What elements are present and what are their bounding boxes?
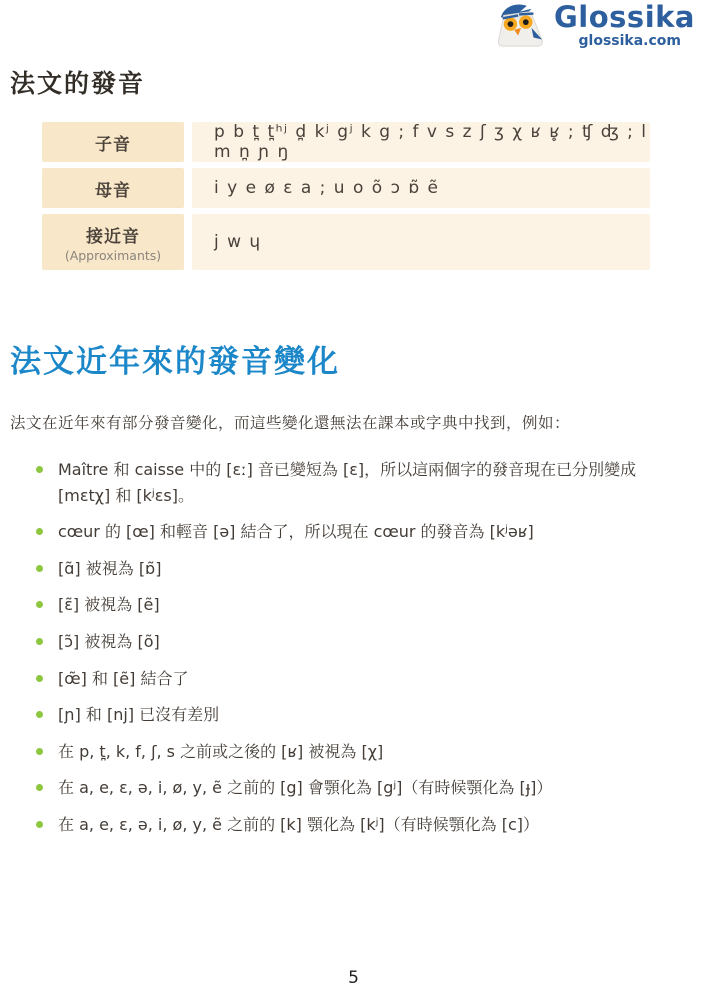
bullet-icon xyxy=(36,821,43,828)
table-row-vowels: 母音 i y e ø ɛ a ; u o õ ɔ ɒ̃ ẽ xyxy=(42,168,650,208)
bullet-icon xyxy=(36,528,43,535)
list-item-text: [ɔ̃] 被視為 [õ] xyxy=(58,632,160,651)
list-item-text: Maître 和 caisse 中的 [ɛː] 音已變短為 [ɛ]，所以這兩個字… xyxy=(58,460,636,505)
page-content: 法文的發音 子音 p b t̪ t̪ʰʲ d̪ kʲ gʲ k g ; f v … xyxy=(0,0,707,838)
bullet-icon xyxy=(36,784,43,791)
row-value: p b t̪ t̪ʰʲ d̪ kʲ gʲ k g ; f v s z ʃ ʒ χ… xyxy=(192,122,650,162)
brand-domain: glossika.com xyxy=(579,33,681,49)
bullet-icon xyxy=(36,601,43,608)
glossika-logo: Glossika glossika.com xyxy=(494,2,695,54)
list-item-text: 在 a, e, ɛ, ə, i, ø, y, ẽ 之前的 [k] 顎化為 [kʲ… xyxy=(58,815,539,834)
page-title: 法文的發音 xyxy=(10,64,677,100)
bullet-icon xyxy=(36,565,43,572)
list-item: [ɔ̃] 被視為 [õ] xyxy=(36,629,650,655)
page-number: 5 xyxy=(348,968,359,988)
row-label: 母音 xyxy=(95,176,131,201)
owl-icon xyxy=(494,2,548,54)
list-item-text: [ɛ̃] 被視為 [ẽ] xyxy=(58,595,160,614)
list-item: cœur 的 [œ] 和輕音 [ə] 結合了，所以現在 cœur 的發音為 [k… xyxy=(36,519,650,545)
section-title: 法文近年來的發音變化 xyxy=(10,336,677,381)
list-item-text: [ɲ] 和 [nj] 已沒有差別 xyxy=(58,705,219,724)
logo-text: Glossika glossika.com xyxy=(554,2,695,49)
row-value: j w ɥ xyxy=(192,214,650,270)
pronunciation-changes-list: Maître 和 caisse 中的 [ɛː] 音已變短為 [ɛ]，所以這兩個字… xyxy=(10,457,650,838)
list-item-text: [œ̃] 和 [ẽ] 結合了 xyxy=(58,669,188,688)
row-value: i y e ø ɛ a ; u o õ ɔ ɒ̃ ẽ xyxy=(192,168,650,208)
document-page: Glossika glossika.com 法文的發音 子音 p b t̪ t̪… xyxy=(0,0,707,1000)
list-item-text: 在 p, t̪, k, f, ʃ, s 之前或之後的 [ʁ] 被視為 [χ] xyxy=(58,742,383,761)
list-item: [ɲ] 和 [nj] 已沒有差別 xyxy=(36,702,650,728)
list-item: [ɛ̃] 被視為 [ẽ] xyxy=(36,592,650,618)
section-intro: 法文在近年來有部分發音變化，而這些變化還無法在課本或字典中找到，例如： xyxy=(10,411,677,433)
list-item-text: [ɑ̃] 被視為 [ɒ̃] xyxy=(58,559,161,578)
row-label-cell: 接近音 (Approximants) xyxy=(42,214,184,270)
bullet-icon xyxy=(36,711,43,718)
row-label-cell: 母音 xyxy=(42,168,184,208)
brand-name: Glossika xyxy=(554,2,695,32)
bullet-icon xyxy=(36,638,43,645)
table-row-consonants: 子音 p b t̪ t̪ʰʲ d̪ kʲ gʲ k g ; f v s z ʃ … xyxy=(42,122,650,162)
page-footer: 5 xyxy=(0,968,707,988)
list-item: 在 a, e, ɛ, ə, i, ø, y, ẽ 之前的 [k] 顎化為 [kʲ… xyxy=(36,812,650,838)
bullet-icon xyxy=(36,675,43,682)
row-sublabel: (Approximants) xyxy=(65,248,161,263)
row-label-cell: 子音 xyxy=(42,122,184,162)
row-label: 子音 xyxy=(95,130,131,155)
list-item-text: cœur 的 [œ] 和輕音 [ə] 結合了，所以現在 cœur 的發音為 [k… xyxy=(58,522,534,541)
list-item: [œ̃] 和 [ẽ] 結合了 xyxy=(36,666,650,692)
list-item: Maître 和 caisse 中的 [ɛː] 音已變短為 [ɛ]，所以這兩個字… xyxy=(36,457,650,508)
table-row-approximants: 接近音 (Approximants) j w ɥ xyxy=(42,214,650,270)
list-item-text: 在 a, e, ɛ, ə, i, ø, y, ẽ 之前的 [g] 會顎化為 [g… xyxy=(58,778,552,797)
row-label: 接近音 xyxy=(86,222,140,247)
list-item: [ɑ̃] 被視為 [ɒ̃] xyxy=(36,556,650,582)
bullet-icon xyxy=(36,466,43,473)
phoneme-table: 子音 p b t̪ t̪ʰʲ d̪ kʲ gʲ k g ; f v s z ʃ … xyxy=(42,122,650,270)
list-item: 在 a, e, ɛ, ə, i, ø, y, ẽ 之前的 [g] 會顎化為 [g… xyxy=(36,775,650,801)
list-item: 在 p, t̪, k, f, ʃ, s 之前或之後的 [ʁ] 被視為 [χ] xyxy=(36,739,650,765)
bullet-icon xyxy=(36,748,43,755)
